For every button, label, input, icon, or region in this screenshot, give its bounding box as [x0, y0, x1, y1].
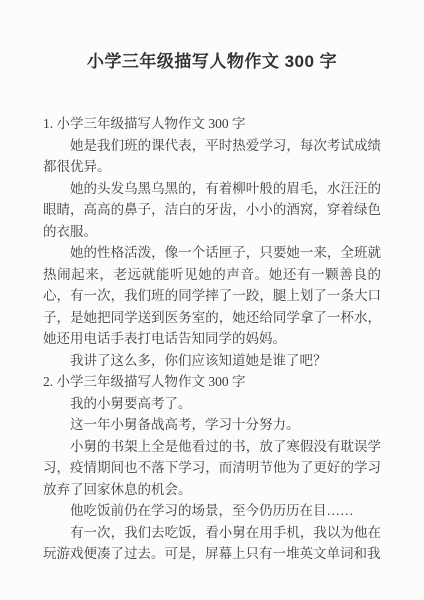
paragraph: 1. 小学三年级描写人物作文 300 字: [43, 113, 381, 135]
paragraph: 2. 小学三年级描写人物作文 300 字: [43, 371, 381, 393]
paragraph: 她的头发乌黑乌黑的，有着柳叶般的眉毛，水汪汪的眼睛，高高的鼻子，洁白的牙齿，小小…: [43, 178, 381, 243]
document-page: 小学三年级描写人物作文 300 字 1. 小学三年级描写人物作文 300 字她是…: [0, 0, 424, 600]
paragraph: 我讲了这么多，你们应该知道她是谁了吧？: [43, 350, 381, 372]
paragraph: 我的小舅要高考了。: [43, 393, 381, 415]
paragraph: 这一年小舅备战高考，学习十分努力。: [43, 414, 381, 436]
paragraph: 有一次，我们去吃饭，看小舅在用手机，我以为他在玩游戏便凑了过去。可是，屏幕上只有…: [43, 522, 381, 565]
paragraph: 小舅的书架上全是他看过的书，放了寒假没有耽误学习，疫情期间也不落下学习，而清明节…: [43, 436, 381, 501]
paragraph: 他吃饭前仍在学习的场景，至今仍历历在目……: [43, 500, 381, 522]
paragraph: 她是我们班的课代表，平时热爱学习，每次考试成绩都很优异。: [43, 135, 381, 178]
paragraph: 她的性格活泼，像一个话匣子，只要她一来，全班就热闹起来，老远就能听见她的声音。她…: [43, 242, 381, 350]
document-title: 小学三年级描写人物作文 300 字: [0, 0, 424, 72]
document-body: 1. 小学三年级描写人物作文 300 字她是我们班的课代表，平时热爱学习，每次考…: [43, 113, 381, 565]
